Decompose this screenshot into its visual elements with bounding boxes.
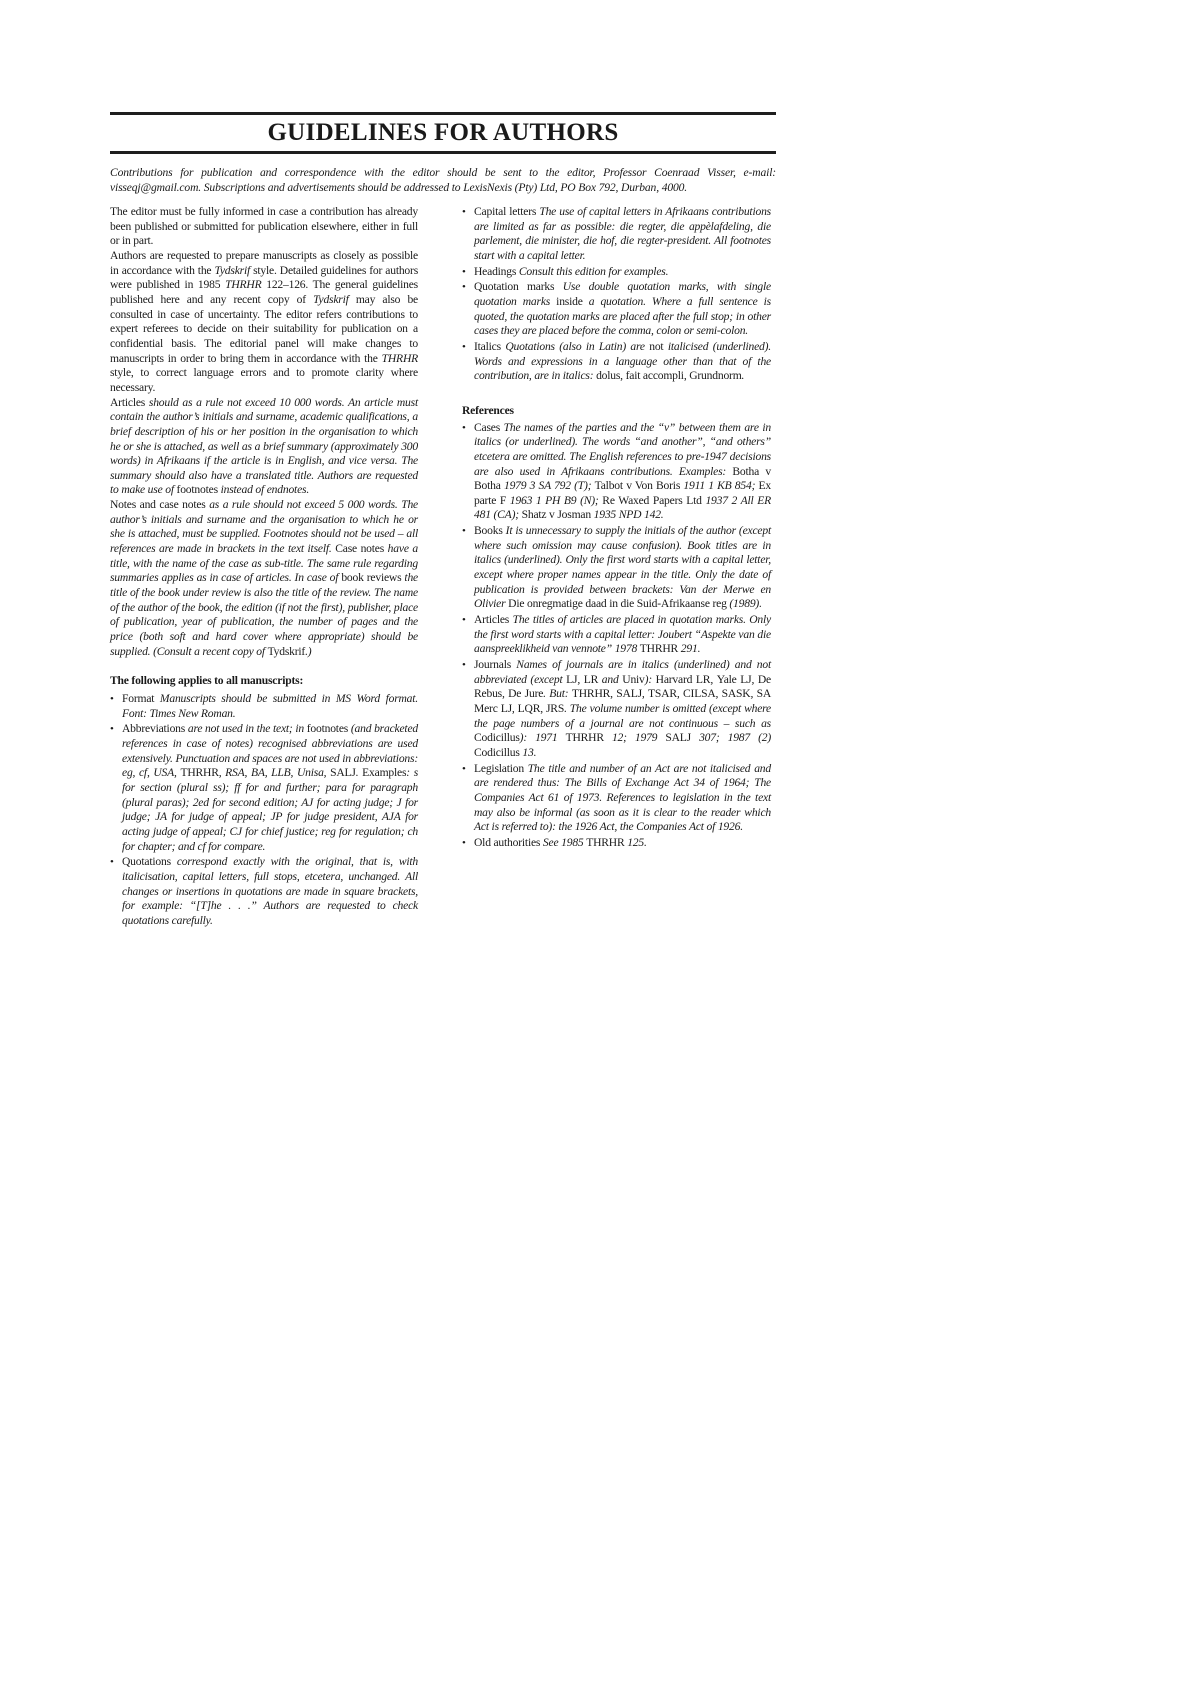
italic-term: Consult this edition for examples. <box>516 265 668 278</box>
italic-term: and <box>598 673 622 686</box>
left-column: The editor must be fully informed in cas… <box>110 205 418 930</box>
manuscripts-subheading: The following applies to all manuscripts… <box>110 674 418 689</box>
italic-term: Manuscripts should be submitted in MS Wo… <box>122 692 418 720</box>
list-item: Italics Quotations (also in Latin) are n… <box>462 340 771 384</box>
list-item: Old authorities See 1985 THRHR 125. <box>462 836 771 851</box>
italic-term: should as a rule not exceed 10 000 words… <box>110 396 418 497</box>
italic-term: instead of endnotes. <box>218 483 309 496</box>
italic-term: are not used in the text; in <box>185 722 307 735</box>
two-column-body: The editor must be fully informed in cas… <box>110 205 776 930</box>
italic-term: 291. <box>678 642 700 655</box>
left-paragraphs: The editor must be fully informed in cas… <box>110 205 418 659</box>
list-item: Abbreviations are not used in the text; … <box>110 722 418 854</box>
list-item: Capital letters The use of capital lette… <box>462 205 771 264</box>
list-item: Quotation marks Use double quotation mar… <box>462 280 771 339</box>
italic-term: .) <box>305 645 311 658</box>
list-item: Books It is unnecessary to supply the in… <box>462 524 771 612</box>
body-paragraph: Authors are requested to prepare manuscr… <box>110 249 418 396</box>
italic-term: (1989). <box>727 597 762 610</box>
list-item: Journals Names of journals are in italic… <box>462 658 771 761</box>
italic-term: 12; 1979 <box>604 731 666 744</box>
guidelines-page: GUIDELINES FOR AUTHORS Contributions for… <box>110 112 776 930</box>
style-rules-list: Capital letters The use of capital lette… <box>462 205 771 384</box>
list-item: Headings Consult this edition for exampl… <box>462 265 771 280</box>
title-bottom-rule <box>110 151 776 154</box>
manuscript-rules-list: Format Manuscripts should be submitted i… <box>110 692 418 929</box>
italic-term: 13. <box>520 746 537 759</box>
italic-term: THRHR <box>225 278 261 291</box>
italic-term: 125. <box>625 836 647 849</box>
italic-term: 307; 1987 (2) <box>691 731 771 744</box>
italic-term: The names of the parties and the “v” bet… <box>474 421 771 478</box>
page-title: GUIDELINES FOR AUTHORS <box>110 115 776 151</box>
italic-term: ): <box>645 673 656 686</box>
italic-term: Tydskrif <box>214 264 250 277</box>
references-heading: References <box>462 404 771 419</box>
body-paragraph: Notes and case notes as a rule should no… <box>110 498 418 659</box>
italic-term: . <box>742 369 745 382</box>
body-paragraph: Articles should as a rule not exceed 10 … <box>110 396 418 499</box>
list-item: Cases The names of the parties and the “… <box>462 421 771 524</box>
italic-term: THRHR <box>382 352 418 365</box>
list-item: Format Manuscripts should be submitted i… <box>110 692 418 721</box>
italic-term: 1911 1 KB 854; <box>680 479 758 492</box>
italic-term: See 1985 <box>540 836 586 849</box>
list-item: Quotations correspond exactly with the o… <box>110 855 418 928</box>
italic-term: Tydskrif <box>313 293 349 306</box>
body-paragraph: The editor must be fully informed in cas… <box>110 205 418 249</box>
italic-term: 1979 3 SA 792 (T); <box>501 479 595 492</box>
intro-paragraph: Contributions for publication and corres… <box>110 166 776 195</box>
references-list: Cases The names of the parties and the “… <box>462 421 771 851</box>
list-item: Legislation The title and number of an A… <box>462 762 771 835</box>
italic-term: ): 1971 <box>520 731 566 744</box>
italic-term: , RSA, BA, LLB, Unisa, <box>219 766 330 779</box>
list-item: Articles The titles of articles are plac… <box>462 613 771 657</box>
italic-term: The titles of articles are placed in quo… <box>474 613 771 655</box>
italic-term: Quotations (also in Latin) are <box>501 340 649 353</box>
italic-term: . But: <box>543 687 572 700</box>
italic-term: 1935 NPD 142. <box>591 508 664 521</box>
italic-term: 1963 1 PH B9 (N); <box>506 494 602 507</box>
right-column: Capital letters The use of capital lette… <box>462 205 771 930</box>
